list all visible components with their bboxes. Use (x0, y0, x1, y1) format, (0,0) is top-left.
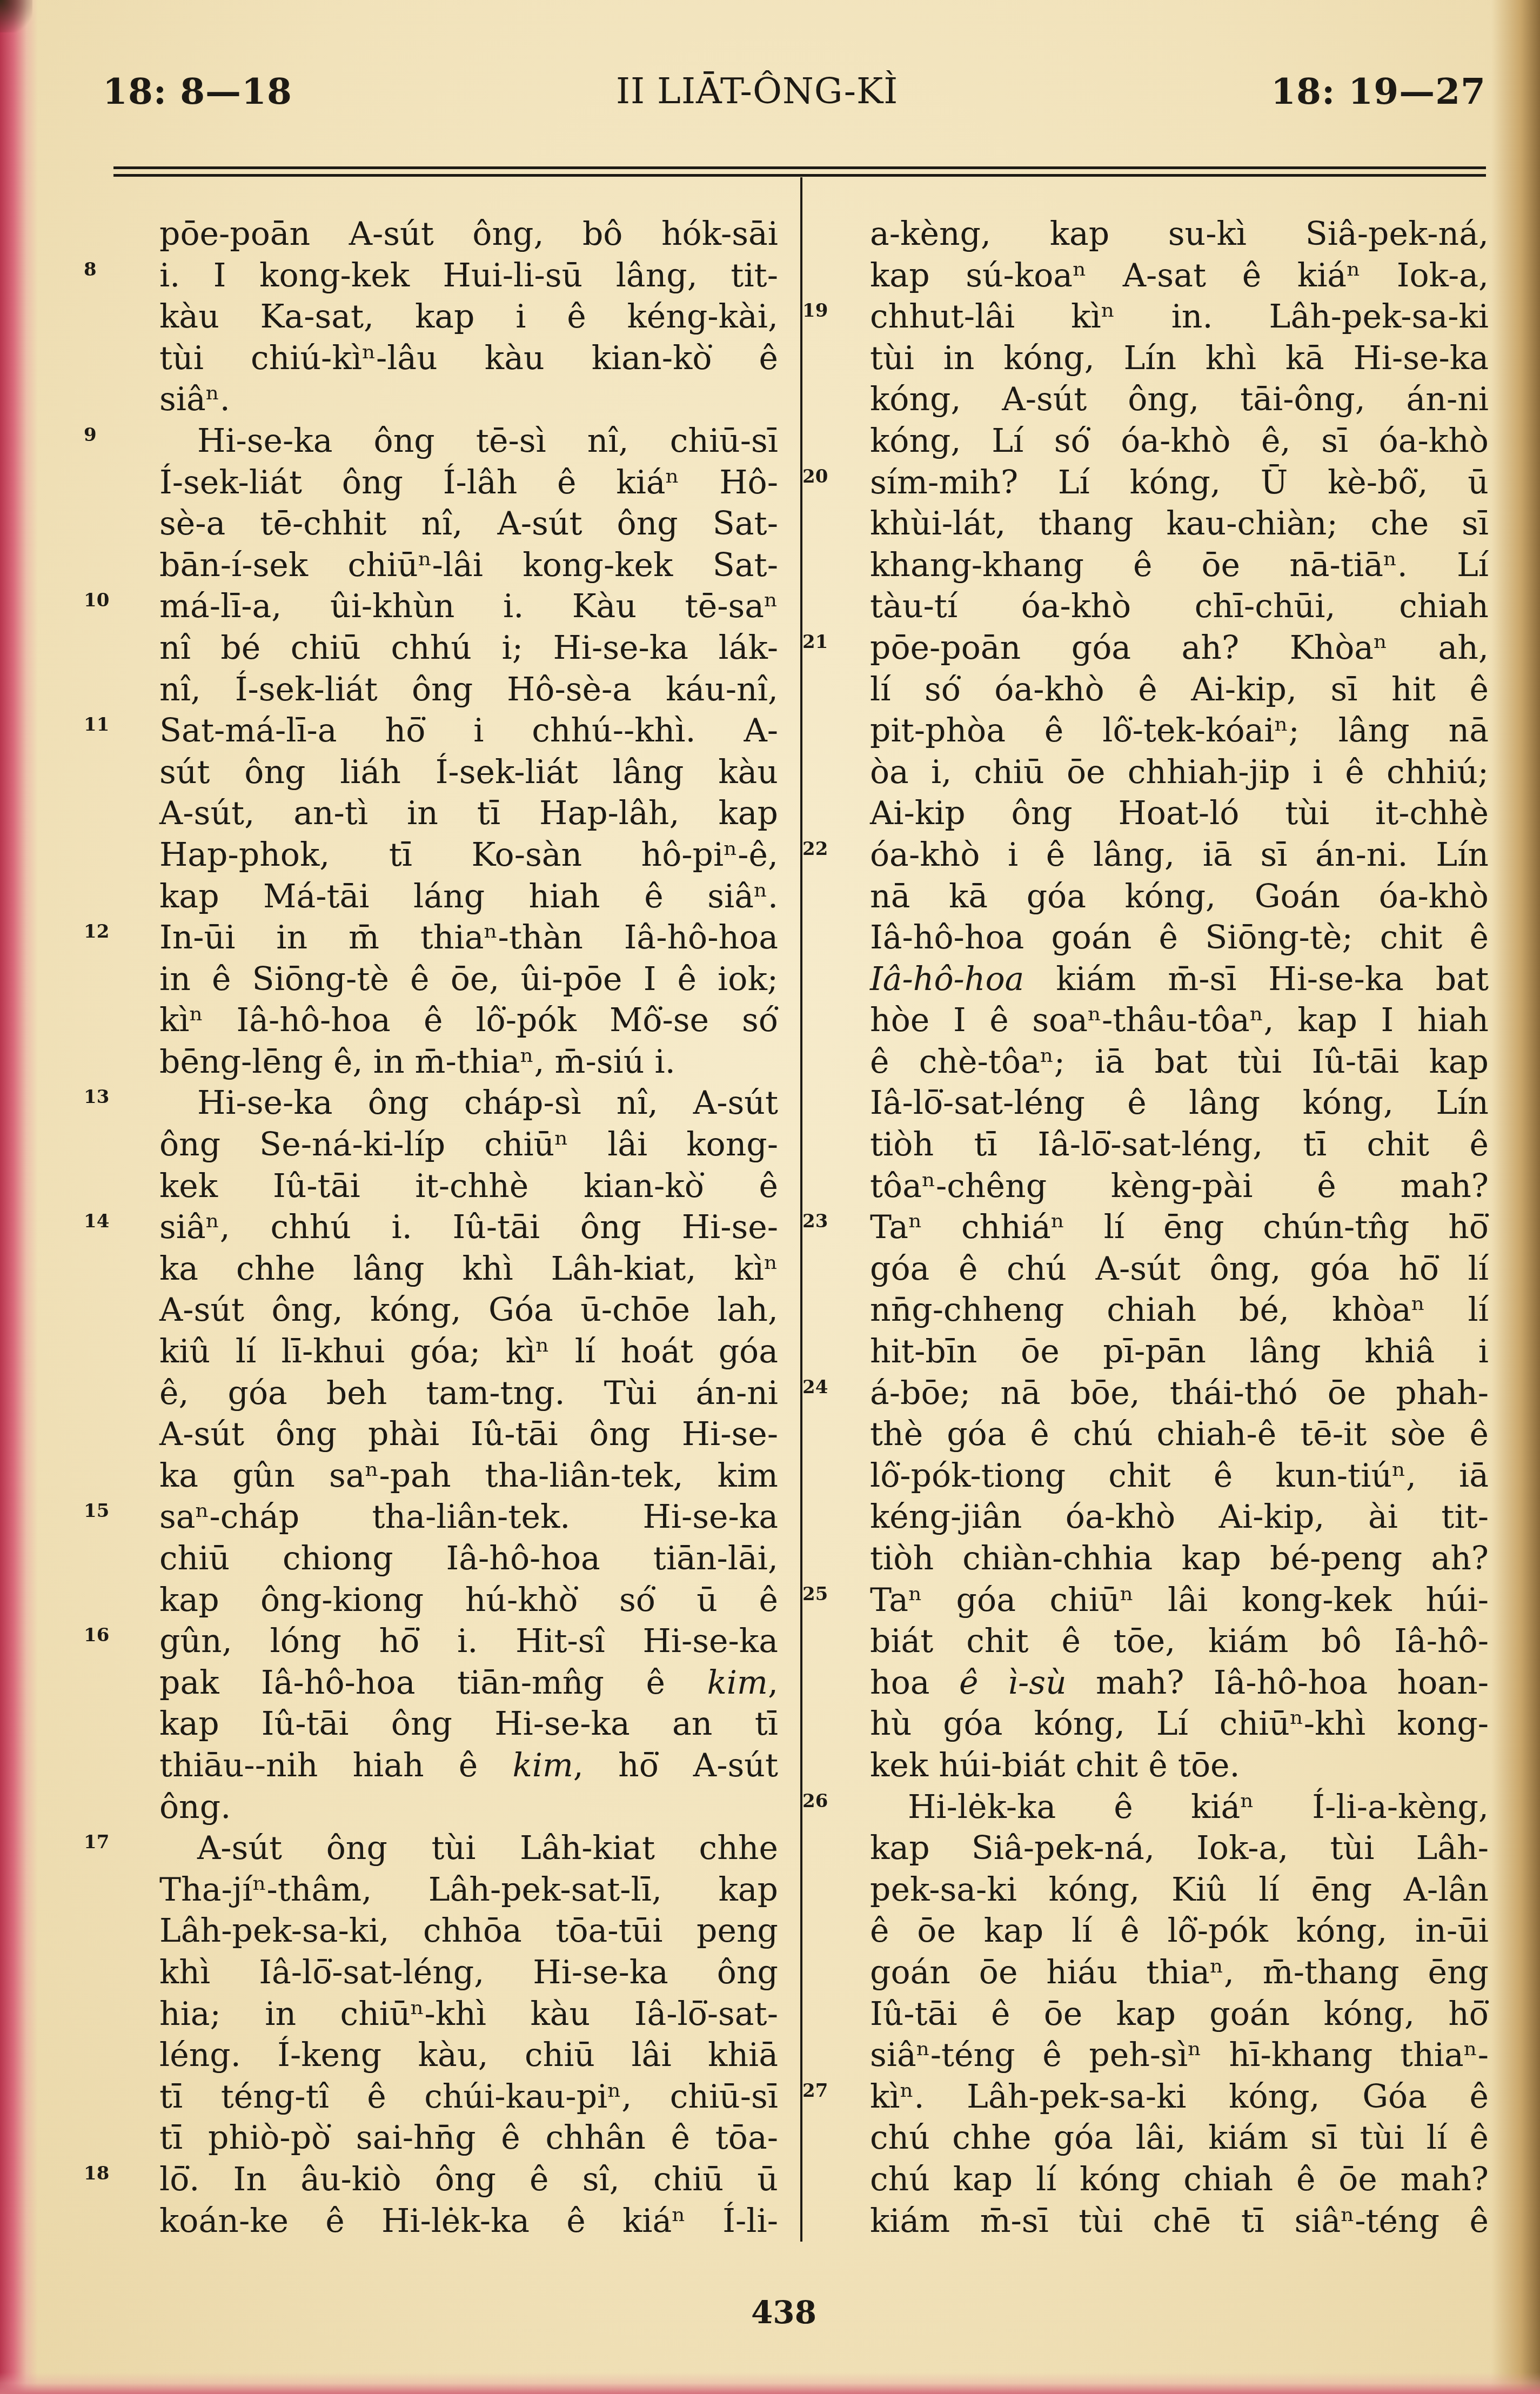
line-text: má-lī-a, ûi-khùn i. Kàu tē-saⁿ (159, 587, 778, 625)
line-text: góa ê chú A-sút ông, góa hō͘ lí (870, 1250, 1489, 1288)
line-text: gûn, lóng hō͘ i. Hit-sî Hi-se-ka (159, 1622, 778, 1660)
text-line: lí só͘ óa-khò ê Ai-kip, sī hit ê (870, 669, 1489, 711)
text-line: kóng, Lí só͘ óa-khò ê, sī óa-khò (870, 420, 1489, 462)
text-line: 13Hi-se-ka ông cháp-sì nî, A-sút (159, 1082, 778, 1124)
text-line: ông. (159, 1787, 778, 1828)
line-text: sím-mih? Lí kóng, Ū kè-bô͘, ū (870, 464, 1489, 501)
verse-number: 26 (802, 1792, 828, 1810)
text-line: nā kā góa kóng, Goán óa-khò (870, 876, 1489, 918)
text-line: tùi chiú-kìⁿ-lâu kàu kian-kò͘ ê (159, 338, 778, 379)
line-text: kap sú-koaⁿ A-sat ê kiáⁿ Iok-a, (870, 257, 1489, 295)
text-line: in ê Siōng-tè ê ōe, ûi-pōe I ê iok; (159, 959, 778, 1000)
verse-number: 17 (84, 1833, 109, 1851)
line-text: a-kèng, kap su-kì Siâ-pek-ná, (870, 215, 1489, 253)
text-line: A-sút ông phài Iû-tāi ông Hi-se- (159, 1414, 778, 1455)
text-line: thiāu--nih hiah ê kim, hō͘ A-sút (159, 1745, 778, 1787)
verse-number: 21 (802, 633, 828, 651)
line-text: kek Iû-tāi it-chhè kian-kò͘ ê (159, 1167, 778, 1205)
text-line: 11Sat-má-lī-a hō͘ i chhú--khì. A- (159, 710, 778, 752)
text-line: 25Taⁿ góa chiūⁿ lâi kong-kek húi- (870, 1580, 1489, 1621)
text-line: kìⁿ Iâ-hô-hoa ê lô͘-pók Mô͘-se só͘ (159, 1000, 778, 1041)
header-left-range: 18: 8—18 (103, 70, 292, 112)
italic-emphasis: kim (512, 1747, 573, 1784)
line-text: pek-sa-ki kóng, Kiû lí ēng A-lân (870, 1871, 1489, 1909)
text-line: 12In-ūi in m̄ thiaⁿ-thàn Iâ-hô-hoa (159, 917, 778, 959)
verse-number: 18 (84, 2164, 109, 2183)
text-line: chiū chiong Iâ-hô-hoa tiān-lāi, (159, 1538, 778, 1580)
line-text: Sat-má-lī-a hō͘ i chhú--khì. A- (159, 712, 778, 750)
left-text-column: pōe-poān A-sút ông, bô hók-sāi8i. I kong… (159, 213, 778, 2242)
line-text: bān-í-sek chiūⁿ-lâi kong-kek Sat- (159, 546, 778, 584)
text-line: A-sút ông, kóng, Góa ū-chōe lah, (159, 1289, 778, 1331)
line-text: nî bé chiū chhú i; Hi-se-ka lák- (159, 629, 778, 667)
line-text: kìⁿ. Lâh-pek-sa-ki kóng, Góa ê (870, 2078, 1489, 2116)
text-line: léng. Í-keng kàu, chiū lâi khiā (159, 2035, 778, 2076)
text-line: 26Hi-lėk-ka ê kiáⁿ Í-li-a-kèng, (870, 1787, 1489, 1828)
text-line: pōe-poān A-sút ông, bô hók-sāi (159, 213, 778, 255)
line-text: kóng, A-sút ông, tāi-ông, án-ni (870, 380, 1489, 418)
text-line: 20sím-mih? Lí kóng, Ū kè-bô͘, ū (870, 462, 1489, 504)
italic-emphasis: ê ì-sù (959, 1664, 1067, 1702)
line-text: ông. (159, 1788, 231, 1826)
text-line: kéng-jiân óa-khò Ai-kip, ài tit- (870, 1496, 1489, 1538)
line-text: lô͘-pók-tiong chit ê kun-tiúⁿ, iā (870, 1457, 1489, 1495)
text-line: hoa ê ì-sù mah? Iâ-hô-hoa hoan- (870, 1662, 1489, 1704)
text-line: ê ōe kap lí ê lô͘-pók kóng, in-ūi (870, 1910, 1489, 1952)
line-text: kiû lí lī-khui góa; kìⁿ lí hoát góa (159, 1333, 778, 1370)
text-line: hù góa kóng, Lí chiūⁿ-khì kong- (870, 1703, 1489, 1745)
text-line: kap Má-tāi láng hiah ê siâⁿ. (159, 876, 778, 918)
line-text: Taⁿ chhiáⁿ lí ēng chún-tn̂g hō͘ (870, 1208, 1489, 1246)
text-line: tôaⁿ-chêng kèng-pài ê mah? (870, 1166, 1489, 1207)
line-text: kóng, Lí só͘ óa-khò ê, sī óa-khò (870, 422, 1489, 460)
line-text: khì Iâ-lō͘-sat-léng, Hi-se-ka ông (159, 1954, 778, 1991)
line-text: thè góa ê chú chiah-ê tē-it sòe ê (870, 1415, 1489, 1453)
line-text: Iû-tāi ê ōe kap goán kóng, hō͘ (870, 1995, 1489, 2033)
line-text: chhut-lâi kìⁿ in. Lâh-pek-sa-ki (870, 298, 1489, 336)
text-line: goán ōe hiáu thiaⁿ, m̄-thang ēng (870, 1952, 1489, 1994)
text-line: 17A-sút ông tùi Lâh-kiat chhe (159, 1828, 778, 1869)
line-text: pōe-poān A-sút ông, bô hók-sāi (159, 215, 778, 253)
line-text: lō͘. In âu-kiò ông ê sî, chiū ū (159, 2161, 778, 2198)
page-corner-shadow (0, 0, 32, 32)
text-line: kap ông-kiong hú-khò͘ só͘ ū ê (159, 1580, 778, 1621)
text-line: 24á-bōe; nā bōe, thái-thó ōe phah- (870, 1373, 1489, 1414)
text-line: pek-sa-ki kóng, Kiû lí ēng A-lân (870, 1869, 1489, 1911)
line-text: lí só͘ óa-khò ê Ai-kip, sī hit ê (870, 671, 1489, 708)
verse-number: 8 (84, 260, 97, 279)
verse-number: 11 (84, 715, 109, 734)
text-line: 14siâⁿ, chhú i. Iû-tāi ông Hi-se- (159, 1207, 778, 1248)
line-text: Hi-se-ka ông tē-sì nî, chiū-sī (197, 422, 778, 460)
text-line: bān-í-sek chiūⁿ-lâi kong-kek Sat- (159, 545, 778, 586)
line-text: ê, góa beh tam-tng. Tùi án-ni (159, 1374, 778, 1412)
text-line: 9Hi-se-ka ông tē-sì nî, chiū-sī (159, 420, 778, 462)
text-line: 21pōe-poān góa ah? Khòaⁿ ah, (870, 627, 1489, 669)
text-line: tùi in kóng, Lín khì kā Hi-se-ka (870, 338, 1489, 379)
text-line: 23Taⁿ chhiáⁿ lí ēng chún-tn̂g hō͘ (870, 1207, 1489, 1248)
line-text: tàu-tí óa-khò chī-chūi, chiah (870, 587, 1489, 625)
text-line: chú chhe góa lâi, kiám sī tùi lí ê (870, 2117, 1489, 2159)
verse-number: 12 (84, 922, 109, 941)
text-line: ê, góa beh tam-tng. Tùi án-ni (159, 1373, 778, 1414)
line-text: Hi-se-ka ông cháp-sì nî, A-sút (197, 1084, 778, 1122)
text-line: Tha-jíⁿ-thâm, Lâh-pek-sat-lī, kap (159, 1869, 778, 1911)
line-text: nn̄g-chheng chiah bé, khòaⁿ lí (870, 1291, 1489, 1329)
verse-number: 22 (802, 840, 828, 858)
text-line: ê chè-tôaⁿ; iā bat tùi Iû-tāi kap (870, 1041, 1489, 1083)
line-text: tiòh tī Iâ-lō͘-sat-léng, tī chit ê (870, 1126, 1489, 1163)
text-line: koán-ke ê Hi-lėk-ka ê kiáⁿ Í-li- (159, 2201, 778, 2242)
line-text: á-bōe; nā bōe, thái-thó ōe phah- (870, 1374, 1489, 1412)
line-text: kap Má-tāi láng hiah ê siâⁿ. (159, 878, 778, 915)
text-line: thè góa ê chú chiah-ê tē-it sòe ê (870, 1414, 1489, 1455)
text-line: nn̄g-chheng chiah bé, khòaⁿ lí (870, 1289, 1489, 1331)
line-text: óa-khò i ê lâng, iā sī án-ni. Lín (870, 836, 1489, 874)
line-text: hoa ê ì-sù mah? Iâ-hô-hoa hoan- (870, 1664, 1489, 1702)
line-text: chú kap lí kóng chiah ê ōe mah? (870, 2161, 1489, 2198)
text-line: hit-bīn ōe pī-pān lâng khiâ i (870, 1331, 1489, 1373)
text-line: 10má-lī-a, ûi-khùn i. Kàu tē-saⁿ (159, 586, 778, 627)
text-line: tàu-tí óa-khò chī-chūi, chiah (870, 586, 1489, 627)
line-text: khang-khang ê ōe nā-tiāⁿ. Lí (870, 546, 1489, 584)
text-line: nî, Í-sek-liát ông Hô-sè-a káu-nî, (159, 669, 778, 711)
line-text: Taⁿ góa chiūⁿ lâi kong-kek húi- (870, 1581, 1489, 1619)
text-line: hòe I ê soaⁿ-thâu-tôaⁿ, kap I hiah (870, 1000, 1489, 1041)
line-text: tī téng-tî ê chúi-kau-piⁿ, chiū-sī (159, 2078, 778, 2116)
line-text: biát chit ê tōe, kiám bô Iâ-hô- (870, 1622, 1489, 1660)
line-text: kek húi-biát chit ê tōe. (870, 1747, 1240, 1784)
line-text: tī phiò-pò͘ sai-hn̄g ê chhân ê tōa- (159, 2119, 778, 2157)
verse-number: 13 (84, 1088, 109, 1106)
verse-number: 10 (84, 591, 109, 610)
line-text: siâⁿ, chhú i. Iû-tāi ông Hi-se- (159, 1208, 778, 1246)
text-line: chú kap lí kóng chiah ê ōe mah? (870, 2159, 1489, 2201)
line-text: tùi chiú-kìⁿ-lâu kàu kian-kò͘ ê (159, 339, 778, 377)
line-text: pōe-poān góa ah? Khòaⁿ ah, (870, 629, 1489, 667)
line-text: siâⁿ-téng ê peh-sìⁿ hī-khang thiaⁿ- (870, 2036, 1489, 2074)
line-text: koán-ke ê Hi-lėk-ka ê kiáⁿ Í-li- (159, 2202, 778, 2240)
text-line: òa i, chiū ōe chhiah-jip i ê chhiú; (870, 752, 1489, 793)
line-text: Hap-phok, tī Ko-sàn hô-piⁿ-ê, (159, 836, 778, 874)
text-line: biát chit ê tōe, kiám bô Iâ-hô- (870, 1621, 1489, 1662)
text-line: sè-a tē-chhit nî, A-sút ông Sat- (159, 503, 778, 545)
line-text: kap Iû-tāi ông Hi-se-ka an tī (159, 1705, 778, 1743)
header-rule-bottom (113, 174, 1486, 177)
line-text: léng. Í-keng kàu, chiū lâi khiā (159, 2036, 778, 2074)
page-number: 438 (751, 2294, 816, 2331)
text-line: ka chhe lâng khì Lâh-kiat, kìⁿ (159, 1248, 778, 1290)
verse-number: 9 (84, 426, 97, 444)
text-line: ka gûn saⁿ-pah tha-liân-tek, kim (159, 1455, 778, 1497)
header-rule-top (113, 166, 1486, 169)
text-line: 16gûn, lóng hō͘ i. Hit-sî Hi-se-ka (159, 1621, 778, 1662)
verse-number: 25 (802, 1585, 828, 1603)
line-text: kap ông-kiong hú-khò͘ só͘ ū ê (159, 1581, 778, 1619)
line-text: A-sút, an-tì in tī Hap-lâh, kap (159, 794, 778, 832)
text-line: sút ông liáh Í-sek-liát lâng kàu (159, 752, 778, 793)
text-line: khì Iâ-lō͘-sat-léng, Hi-se-ka ông (159, 1952, 778, 1994)
verse-number: 24 (802, 1378, 828, 1396)
line-text: hòe I ê soaⁿ-thâu-tôaⁿ, kap I hiah (870, 1001, 1489, 1039)
text-line: kek húi-biát chit ê tōe. (870, 1745, 1489, 1787)
text-line: góa ê chú A-sút ông, góa hō͘ lí (870, 1248, 1489, 1290)
line-text: A-sút ông, kóng, Góa ū-chōe lah, (159, 1291, 778, 1329)
line-text: nā kā góa kóng, Goán óa-khò (870, 878, 1489, 915)
text-line: kàu Ka-sat, kap i ê kéng-kài, (159, 296, 778, 338)
line-text: Tha-jíⁿ-thâm, Lâh-pek-sat-lī, kap (159, 1871, 778, 1909)
line-text: kéng-jiân óa-khò Ai-kip, ài tit- (870, 1498, 1489, 1536)
verse-number: 20 (802, 467, 828, 486)
line-text: ê chè-tôaⁿ; iā bat tùi Iû-tāi kap (870, 1043, 1489, 1081)
text-line: kek Iû-tāi it-chhè kian-kò͘ ê (159, 1166, 778, 1207)
line-text: kàu Ka-sat, kap i ê kéng-kài, (159, 298, 778, 336)
line-text: thiāu--nih hiah ê kim, hō͘ A-sút (159, 1747, 778, 1784)
text-line: kap sú-koaⁿ A-sat ê kiáⁿ Iok-a, (870, 255, 1489, 297)
line-text: ông Se-ná-ki-líp chiūⁿ lâi kong- (159, 1126, 778, 1163)
line-text: sút ông liáh Í-sek-liát lâng kàu (159, 753, 778, 791)
page-edge-stain-left (0, 0, 38, 2394)
line-text: pit-phòa ê lô͘-tek-kóaiⁿ; lâng nā (870, 712, 1489, 750)
text-line: kóng, A-sút ông, tāi-ông, án-ni (870, 379, 1489, 420)
text-line: pak Iâ-hô-hoa tiān-mn̂g ê kim, (159, 1662, 778, 1704)
text-line: tī phiò-pò͘ sai-hn̄g ê chhân ê tōa- (159, 2117, 778, 2159)
text-line: 22óa-khò i ê lâng, iā sī án-ni. Lín (870, 834, 1489, 876)
text-line: lô͘-pók-tiong chit ê kun-tiúⁿ, iā (870, 1455, 1489, 1497)
text-line: siâⁿ-téng ê peh-sìⁿ hī-khang thiaⁿ- (870, 2035, 1489, 2076)
line-text: sè-a tē-chhit nî, A-sút ông Sat- (159, 505, 778, 543)
line-text: bēng-lēng ê, in m̄-thiaⁿ, m̄-siú i. (159, 1043, 675, 1081)
line-text: Í-sek-liát ông Í-lâh ê kiáⁿ Hô- (159, 464, 778, 501)
book-page: 18: 8—18 II LIĀT-ÔNG-KÌ 18: 19—27 pōe-po… (0, 0, 1540, 2394)
line-text: òa i, chiū ōe chhiah-jip i ê chhiú; (870, 753, 1489, 791)
verse-number: 16 (84, 1626, 109, 1644)
line-text: ê ōe kap lí ê lô͘-pók kóng, in-ūi (870, 1912, 1489, 1950)
running-header: 18: 8—18 II LIĀT-ÔNG-KÌ 18: 19—27 (103, 70, 1486, 130)
text-line: kap Siâ-pek-ná, Iok-a, tùi Lâh- (870, 1828, 1489, 1869)
text-line: tiòh tī Iâ-lō͘-sat-léng, tī chit ê (870, 1124, 1489, 1166)
line-text: kap Siâ-pek-ná, Iok-a, tùi Lâh- (870, 1829, 1489, 1867)
line-text: tiòh chiàn-chhia kap bé-peng ah? (870, 1540, 1489, 1577)
line-text: kìⁿ Iâ-hô-hoa ê lô͘-pók Mô͘-se só͘ (159, 1001, 778, 1039)
line-text: kiám m̄-sī tùi chē tī siâⁿ-téng ê (870, 2202, 1489, 2240)
book-title: II LIĀT-ÔNG-KÌ (616, 70, 898, 112)
line-text: In-ūi in m̄ thiaⁿ-thàn Iâ-hô-hoa (159, 919, 778, 957)
text-line: bēng-lēng ê, in m̄-thiaⁿ, m̄-siú i. (159, 1041, 778, 1083)
text-line: 27kìⁿ. Lâh-pek-sa-ki kóng, Góa ê (870, 2076, 1489, 2118)
line-text: nî, Í-sek-liát ông Hô-sè-a káu-nî, (159, 671, 778, 708)
text-line: khang-khang ê ōe nā-tiāⁿ. Lí (870, 545, 1489, 586)
text-line: 8i. I kong-kek Hui-li-sū lâng, tit- (159, 255, 778, 297)
text-line: Í-sek-liát ông Í-lâh ê kiáⁿ Hô- (159, 462, 778, 504)
text-line: khùi-lát, thang kau-chiàn; che sī (870, 503, 1489, 545)
right-text-column: a-kèng, kap su-kì Siâ-pek-ná,kap sú-koaⁿ… (870, 213, 1489, 2242)
line-text: chú chhe góa lâi, kiám sī tùi lí ê (870, 2119, 1489, 2157)
line-text: Iâ-hô-hoa kiám m̄-sī Hi-se-ka bat (870, 960, 1489, 998)
line-text: ka gûn saⁿ-pah tha-liân-tek, kim (159, 1457, 778, 1495)
text-line: 15saⁿ-cháp tha-liân-tek. Hi-se-ka (159, 1496, 778, 1538)
text-line: Iâ-hô-hoa kiám m̄-sī Hi-se-ka bat (870, 959, 1489, 1000)
text-line: Lâh-pek-sa-ki, chhōa tōa-tūi peng (159, 1910, 778, 1952)
text-line: 18lō͘. In âu-kiò ông ê sî, chiū ū (159, 2159, 778, 2201)
header-right-range: 18: 19—27 (1271, 70, 1486, 112)
line-text: i. I kong-kek Hui-li-sū lâng, tit- (159, 257, 778, 295)
text-line: Iâ-lō͘-sat-léng ê lâng kóng, Lín (870, 1082, 1489, 1124)
text-line: siâⁿ. (159, 379, 778, 420)
line-text: hit-bīn ōe pī-pān lâng khiâ i (870, 1333, 1489, 1370)
text-line: Hap-phok, tī Ko-sàn hô-piⁿ-ê, (159, 834, 778, 876)
line-text: A-sút ông tùi Lâh-kiat chhe (197, 1829, 778, 1867)
line-text: in ê Siōng-tè ê ōe, ûi-pōe I ê iok; (159, 960, 778, 998)
text-line: Ai-kip ông Hoat-ló tùi it-chhè (870, 793, 1489, 834)
text-line: kiám m̄-sī tùi chē tī siâⁿ-téng ê (870, 2201, 1489, 2242)
line-text: tùi in kóng, Lín khì kā Hi-se-ka (870, 339, 1489, 377)
text-line: tī téng-tî ê chúi-kau-piⁿ, chiū-sī (159, 2076, 778, 2118)
italic-emphasis: kim (707, 1664, 767, 1702)
line-text: hù góa kóng, Lí chiūⁿ-khì kong- (870, 1705, 1489, 1743)
text-line: Iû-tāi ê ōe kap goán kóng, hō͘ (870, 1994, 1489, 2035)
text-line: Iâ-hô-hoa goán ê Siōng-tè; chit ê (870, 917, 1489, 959)
line-text: Lâh-pek-sa-ki, chhōa tōa-tūi peng (159, 1912, 778, 1950)
text-line: nî bé chiū chhú i; Hi-se-ka lák- (159, 627, 778, 669)
text-line: kiû lí lī-khui góa; kìⁿ lí hoát góa (159, 1331, 778, 1373)
verse-number: 23 (802, 1212, 828, 1231)
line-text: Iâ-lō͘-sat-léng ê lâng kóng, Lín (870, 1084, 1489, 1122)
line-text: A-sút ông phài Iû-tāi ông Hi-se- (159, 1415, 778, 1453)
text-line: A-sút, an-tì in tī Hap-lâh, kap (159, 793, 778, 834)
line-text: Hi-lėk-ka ê kiáⁿ Í-li-a-kèng, (908, 1788, 1489, 1826)
page-edge-stain-bottom (0, 2372, 1540, 2394)
line-text: khùi-lát, thang kau-chiàn; che sī (870, 505, 1489, 543)
line-text: goán ōe hiáu thiaⁿ, m̄-thang ēng (870, 1954, 1489, 1991)
verse-number: 14 (84, 1212, 109, 1231)
line-text: Ai-kip ông Hoat-ló tùi it-chhè (870, 794, 1489, 832)
page-edge-shadow-right (1491, 0, 1540, 2394)
line-text: ka chhe lâng khì Lâh-kiat, kìⁿ (159, 1250, 778, 1288)
line-text: saⁿ-cháp tha-liân-tek. Hi-se-ka (159, 1498, 778, 1536)
verse-number: 27 (802, 2082, 828, 2100)
text-line: hia; in chiūⁿ-khì kàu Iâ-lō͘-sat- (159, 1994, 778, 2035)
verse-number: 15 (84, 1502, 109, 1520)
text-line: ông Se-ná-ki-líp chiūⁿ lâi kong- (159, 1124, 778, 1166)
text-line: kap Iû-tāi ông Hi-se-ka an tī (159, 1703, 778, 1745)
text-line: tiòh chiàn-chhia kap bé-peng ah? (870, 1538, 1489, 1580)
line-text: hia; in chiūⁿ-khì kàu Iâ-lō͘-sat- (159, 1995, 778, 2033)
line-text: Iâ-hô-hoa goán ê Siōng-tè; chit ê (870, 919, 1489, 957)
verse-number: 19 (802, 302, 828, 320)
text-line: a-kèng, kap su-kì Siâ-pek-ná, (870, 213, 1489, 255)
line-text: tôaⁿ-chêng kèng-pài ê mah? (870, 1167, 1489, 1205)
line-text: pak Iâ-hô-hoa tiān-mn̂g ê kim, (159, 1664, 778, 1702)
line-text: chiū chiong Iâ-hô-hoa tiān-lāi, (159, 1540, 778, 1577)
text-line: pit-phòa ê lô͘-tek-kóaiⁿ; lâng nā (870, 710, 1489, 752)
text-line: 19chhut-lâi kìⁿ in. Lâh-pek-sa-ki (870, 296, 1489, 338)
italic-emphasis: Iâ-hô-hoa (870, 960, 1024, 998)
line-text: siâⁿ. (159, 380, 230, 418)
